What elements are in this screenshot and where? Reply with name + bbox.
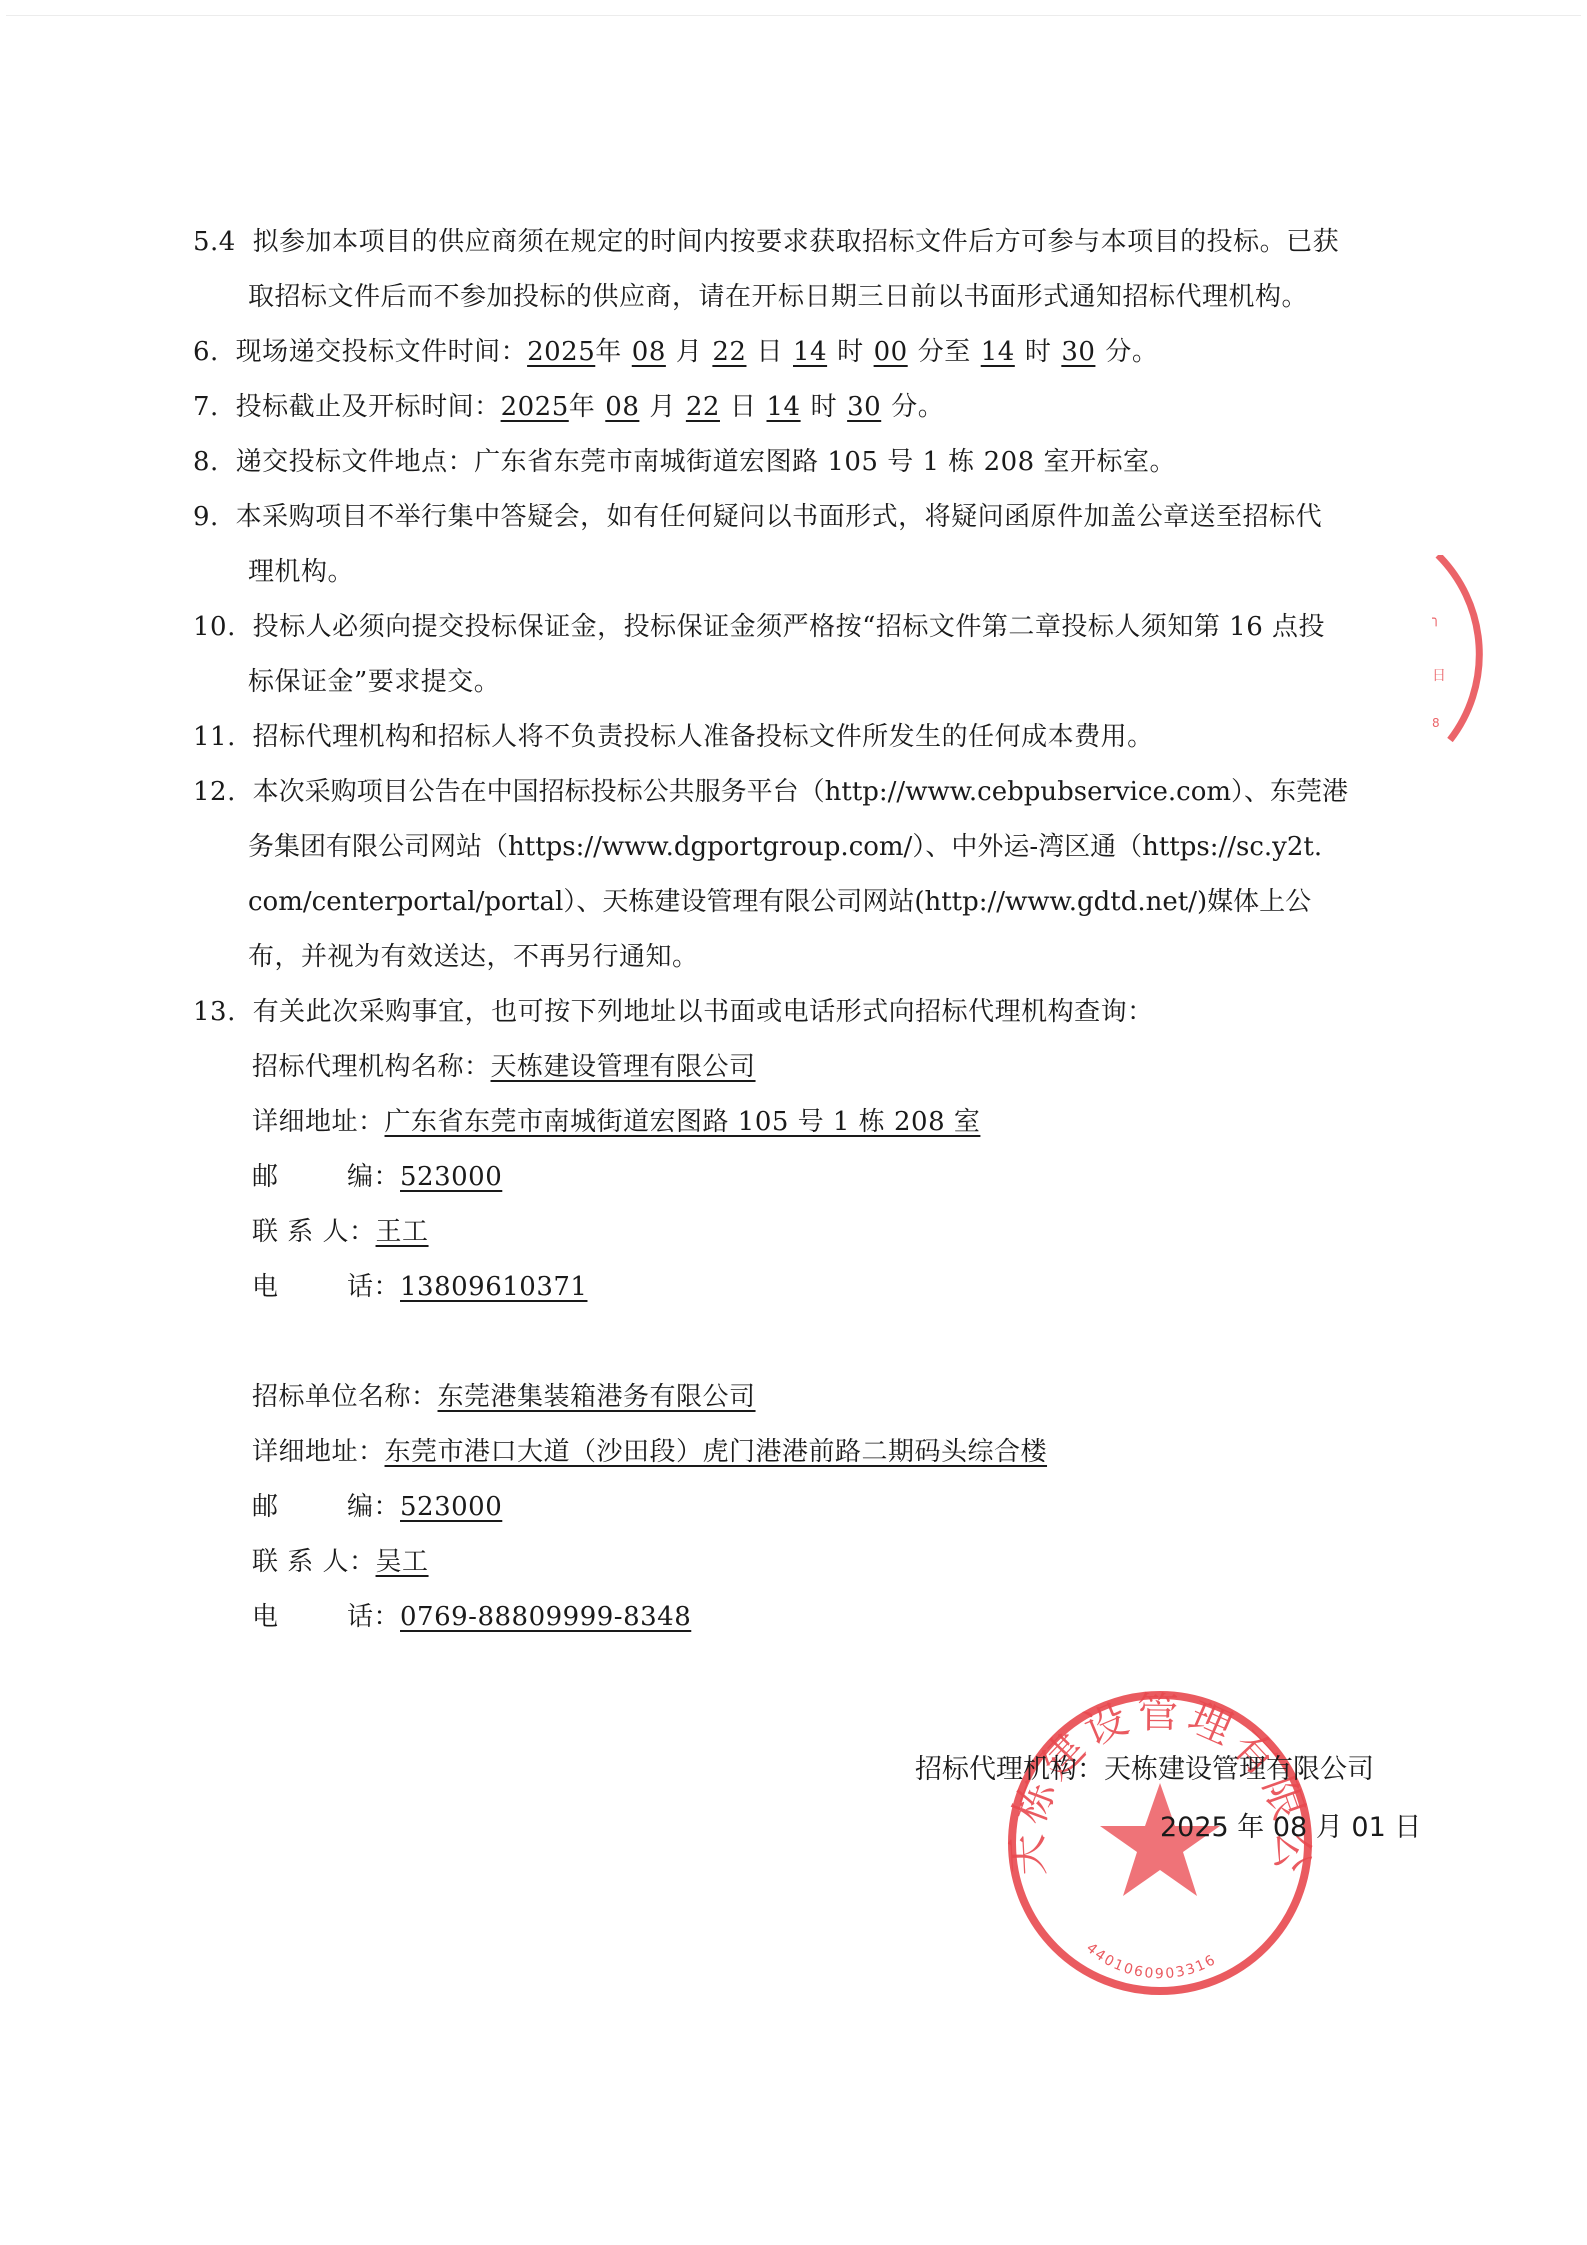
item-9-line-2: 理机构。 — [248, 555, 354, 589]
tenderer-contact: 吴工 — [376, 1547, 429, 1577]
agency-name-row: 招标代理机构名称：天栋建设管理有限公司 — [252, 1050, 756, 1084]
svg-text:日: 日 — [1432, 668, 1446, 684]
item-10-line-2: 标保证金”要求提交。 — [248, 665, 500, 699]
agency-name: 天栋建设管理有限公司 — [491, 1052, 756, 1082]
scan-edge-line — [6, 15, 1581, 16]
item-9-line-1: 9. 本采购项目不举行集中答疑会，如有任何疑问以书面形式，将疑问函原件加盖公章送… — [193, 500, 1322, 534]
tenderer-address: 东莞市港口大道（沙田段）虎门港港前路二期码头综合楼 — [385, 1437, 1048, 1467]
tenderer-contact-row: 联 系 人：吴工 — [252, 1545, 429, 1579]
agency-phone-row: 电话：13809610371 — [252, 1270, 587, 1304]
tenderer-phone: 0769-88809999-8348 — [400, 1602, 691, 1632]
agency-phone: 13809610371 — [400, 1272, 587, 1302]
item-6: 6. 现场递交投标文件时间：2025年08月22日14时00分至14时30分。 — [193, 335, 1158, 369]
item-13: 13. 有关此次采购事宜，也可按下列地址以书面或电话形式向招标代理机构查询： — [193, 995, 1154, 1029]
svg-text:8: 8 — [1432, 716, 1440, 730]
tenderer-name-row: 招标单位名称：东莞港集装箱港务有限公司 — [252, 1380, 756, 1414]
tenderer-name: 东莞港集装箱港务有限公司 — [438, 1382, 756, 1412]
agency-address: 广东省东莞市南城街道宏图路 105 号 1 栋 208 室 — [385, 1107, 981, 1137]
item-10-line-1: 10. 投标人必须向提交投标保证金，投标保证金须严格按“招标文件第二章投标人须知… — [193, 610, 1325, 644]
item-5-4-line-1: 5.4 拟参加本项目的供应商须在规定的时间内按要求获取招标文件后方可参与本项目的… — [193, 225, 1339, 259]
tenderer-zip-row: 邮编：523000 — [252, 1490, 502, 1524]
signature-date: 2025 年 08 月 01 日 — [1160, 1805, 1421, 1844]
item-12-line-1: 12. 本次采购项目公告在中国招标投标公共服务平台（http://www.ceb… — [193, 775, 1348, 809]
item-12-line-2: 务集团有限公司网站（https://www.dgportgroup.com/）、… — [248, 830, 1322, 864]
item-5-4-line-2: 取招标文件后而不参加投标的供应商，请在开标日期三日前以书面形式通知招标代理机构。 — [248, 280, 1308, 314]
item-12-line-4: 布，并视为有效送达，不再另行通知。 — [248, 940, 699, 974]
tenderer-zip: 523000 — [400, 1492, 502, 1522]
item-7: 7. 投标截止及开标时间：2025年08月22日14时30分。 — [193, 390, 944, 424]
tenderer-address-row: 详细地址：东莞市港口大道（沙田段）虎门港港前路二期码头综合楼 — [252, 1435, 1047, 1469]
agency-contact: 王工 — [376, 1217, 429, 1247]
agency-zip: 523000 — [400, 1162, 502, 1192]
tenderer-phone-row: 电话：0769-88809999-8348 — [252, 1600, 691, 1634]
agency-address-row: 详细地址：广东省东莞市南城街道宏图路 105 号 1 栋 208 室 — [252, 1105, 980, 1139]
svg-text:╮: ╮ — [1432, 611, 1440, 627]
item-8: 8. 递交投标文件地点：广东省东莞市南城街道宏图路 105 号 1 栋 208 … — [193, 445, 1176, 479]
signature-org: 招标代理机构：天栋建设管理有限公司 — [915, 1747, 1374, 1786]
item-12-line-3: com/centerportal/portal）、天栋建设管理有限公司网站(ht… — [248, 885, 1311, 919]
year-value: 2025 — [527, 337, 595, 367]
paging-seal-icon: ╮ 日 8 — [1430, 555, 1490, 745]
agency-zip-row: 邮编：523000 — [252, 1160, 502, 1194]
item-11: 11. 招标代理机构和招标人将不负责投标人准备投标文件所发生的任何成本费用。 — [193, 720, 1154, 754]
agency-contact-row: 联 系 人：王工 — [252, 1215, 429, 1249]
